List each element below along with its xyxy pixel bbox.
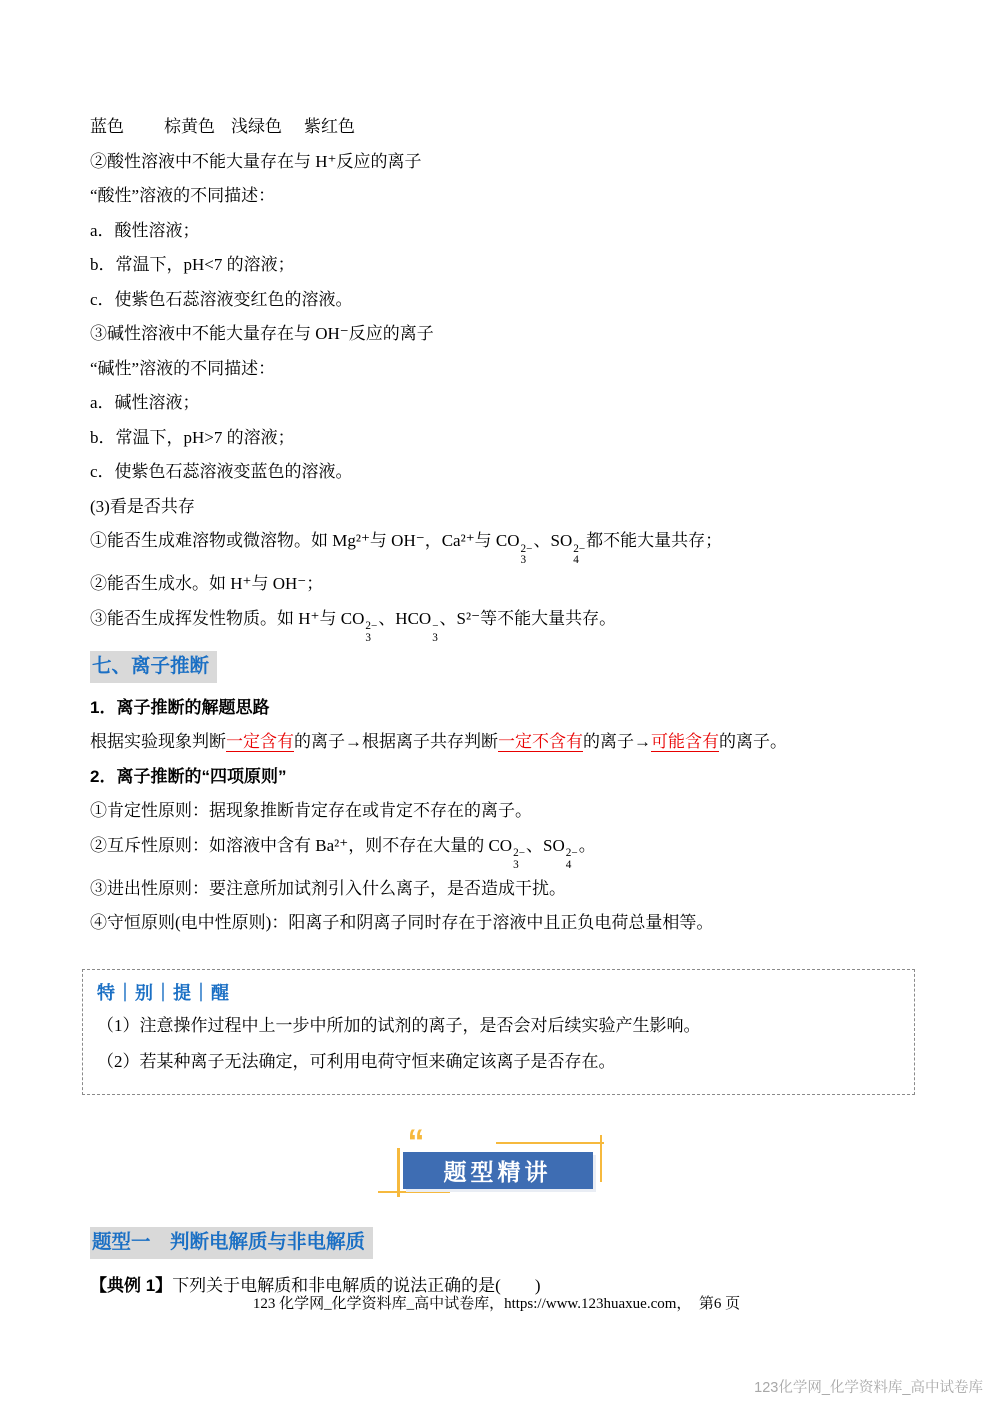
quote-icon: “ [408, 1125, 425, 1159]
banner-title-box: 题型精讲 [403, 1152, 593, 1189]
alkaline-desc-title: “碱性”溶液的不同描述： [90, 352, 915, 387]
principle-item: ①肯定性原则：据现象推断肯定存在或肯定不存在的离子。 [90, 794, 915, 829]
color-answer-purple-red: 紫红色 [304, 110, 355, 145]
color-answer-blue: 蓝色 [90, 110, 124, 145]
alkaline-item: c．使紫色石蕊溶液变蓝色的溶液。 [90, 455, 915, 490]
page-footer: 123 化学网_化学资料库_高中试卷库，https://www.123huaxu… [0, 1294, 993, 1314]
banner-line-decoration [496, 1142, 604, 1144]
acidic-item: c．使紫色石蕊溶液变红色的溶液。 [90, 283, 915, 318]
acidic-desc-title: “酸性”溶液的不同描述： [90, 179, 915, 214]
document-page: 蓝色棕黄色浅绿色紫红色 ②酸性溶液中不能大量存在与 H⁺反应的离子 “酸性”溶液… [0, 0, 993, 1404]
ion-inference-route: 根据实验现象判断一定含有的离子→根据离子共存判断一定不含有的离子→可能含有的离子… [90, 725, 915, 760]
route-highlight-must-not-contain: 一定不含有 [498, 732, 583, 752]
section7-sub1-title: 1．离子推断的解题思路 [90, 691, 915, 726]
page-content: 蓝色棕黄色浅绿色紫红色 ②酸性溶液中不能大量存在与 H⁺反应的离子 “酸性”溶液… [90, 110, 915, 1303]
coexist-title: (3)看是否共存 [90, 490, 915, 525]
topic-lecture-banner: 题型精讲 “ [388, 1135, 618, 1199]
section7-heading: 七、离子推断 [90, 651, 217, 683]
banner-line-decoration [600, 1135, 602, 1182]
route-highlight-must-contain: 一定含有 [226, 732, 294, 752]
reminder-item: （1）注意操作过程中上一步中所加的试剂的离子，是否会对后续实验产生影响。 [97, 1008, 898, 1044]
banner-line-decoration [378, 1191, 450, 1193]
coexist-item: ③能否生成挥发性物质。如 H⁺与 CO2−3、HCO−3、S²⁻等不能大量共存。 [90, 602, 915, 645]
site-watermark: 123化学网_化学资料库_高中试卷库 [754, 1376, 983, 1397]
section7-sub2-title: 2．离子推断的“四项原则” [90, 760, 915, 795]
alkaline-item: a．碱性溶液； [90, 386, 915, 421]
acidic-intro: ②酸性溶液中不能大量存在与 H⁺反应的离子 [90, 145, 915, 180]
principle-item: ②互斥性原则：如溶液中含有 Ba²⁺，则不存在大量的 CO2−3、SO2−4。 [90, 829, 915, 872]
route-highlight-may-contain: 可能含有 [651, 732, 719, 752]
acidic-item: a．酸性溶液； [90, 214, 915, 249]
alkaline-intro: ③碱性溶液中不能大量存在与 OH⁻反应的离子 [90, 317, 915, 352]
reminder-item: （2）若某种离子无法确定，可利用电荷守恒来确定该离子是否存在。 [97, 1044, 898, 1080]
banner-line-decoration [397, 1148, 400, 1197]
route-text: 的离子→ [583, 732, 651, 751]
topic1-heading: 题型一 判断电解质与非电解质 [90, 1227, 373, 1259]
color-answer-light-green: 浅绿色 [231, 110, 282, 145]
coexist-item: ①能否生成难溶物或微溶物。如 Mg²⁺与 OH⁻，Ca²⁺与 CO2−3、SO2… [90, 524, 915, 567]
alkaline-item: b．常温下，pH>7 的溶液； [90, 421, 915, 456]
special-reminder-title: 特｜别｜提｜醒 [97, 978, 898, 1008]
route-text: 的离子。 [719, 732, 787, 751]
acidic-item: b．常温下，pH<7 的溶液； [90, 248, 915, 283]
coexist-item: ②能否生成水。如 H⁺与 OH⁻； [90, 567, 915, 602]
special-reminder-box: 特｜别｜提｜醒 （1）注意操作过程中上一步中所加的试剂的离子，是否会对后续实验产… [82, 969, 915, 1095]
example1-label: 【典例 1】 [90, 1276, 172, 1295]
route-text: 根据实验现象判断 [90, 732, 226, 751]
principle-item: ④守恒原则(电中性原则)：阳离子和阴离子同时存在于溶液中且正负电荷总量相等。 [90, 906, 915, 941]
color-answer-brown-yellow: 棕黄色 [164, 110, 215, 145]
principle-item: ③进出性原则：要注意所加试剂引入什么离子，是否造成干扰。 [90, 872, 915, 907]
example1-question: 下列关于电解质和非电解质的说法正确的是( ) [172, 1276, 540, 1295]
color-answers-line: 蓝色棕黄色浅绿色紫红色 [90, 110, 915, 145]
route-text: 的离子→根据离子共存判断 [294, 732, 498, 751]
